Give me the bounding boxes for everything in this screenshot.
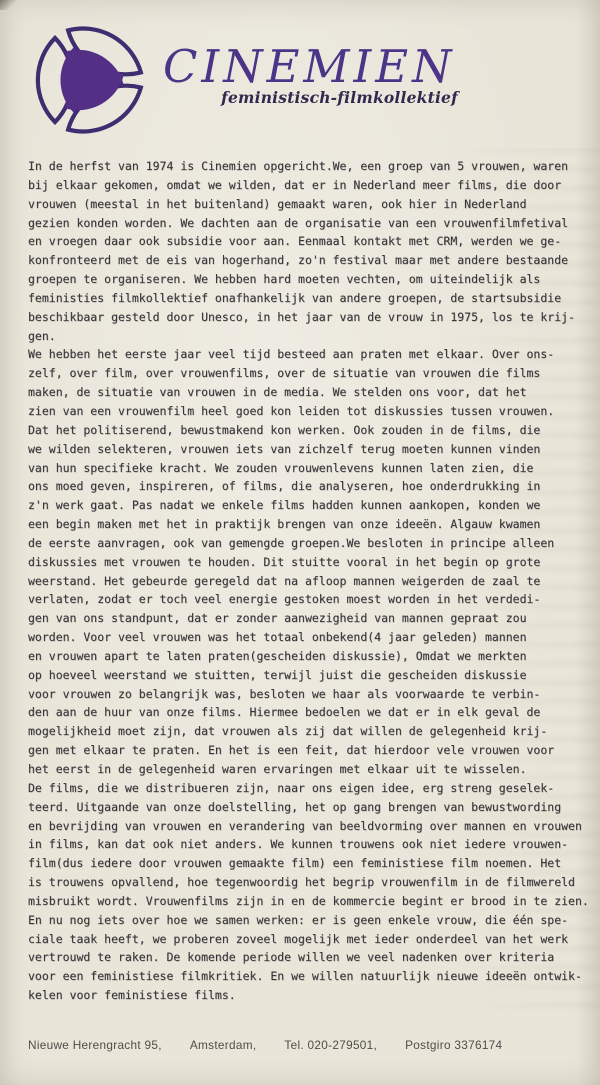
footer-item: Amsterdam, [190, 1038, 257, 1052]
text-line: het eerst in de gelegenheid waren ervari… [28, 760, 590, 779]
text-line: de eerste aanvragen, ook van gemengde gr… [28, 534, 590, 553]
text-line: op hoeveel weerstand we stuitten, terwij… [28, 666, 590, 685]
text-line: bij elkaar gekomen, omdat we wilden, dat… [28, 176, 590, 195]
letterhead-footer: Nieuwe Herengracht 95,Amsterdam,Tel. 020… [28, 1038, 588, 1052]
text-line: en bevrijding van vrouwen en verandering… [28, 817, 590, 836]
cinemien-logo-icon [24, 16, 152, 144]
text-line: een begin maken met het in praktijk bren… [28, 515, 590, 534]
text-line: konfronteerd met de eis van hogerhand, z… [28, 251, 590, 270]
text-line: voor een feministiese filmkritiek. En we… [28, 967, 590, 986]
text-line: diskussies met vrouwen te houden. Dit st… [28, 553, 590, 572]
letter-body: In de herfst van 1974 is Cinemien opgeri… [28, 157, 590, 1005]
text-line: En nu nog iets over hoe we samen werken:… [28, 911, 590, 930]
scanned-letter-page: CINEMIEN feministisch-filmkollektief In … [0, 0, 600, 1085]
text-line: we wilden selekteren, vrouwen iets van z… [28, 440, 590, 459]
text-line: mogelijkheid moet zijn, dat vrouwen als … [28, 722, 590, 741]
text-line: weerstand. Het gebeurde geregeld dat na … [28, 572, 590, 591]
text-line: voor vrouwen zo belangrijk was, besloten… [28, 685, 590, 704]
text-line: vertrouwd te raken. De komende periode w… [28, 948, 590, 967]
text-line: De films, die we distribueren zijn, naar… [28, 779, 590, 798]
text-line: In de herfst van 1974 is Cinemien opgeri… [28, 157, 590, 176]
text-line: in films, kan dat ook niet anders. We ku… [28, 835, 590, 854]
text-line: maken, de situatie van vrouwen in de med… [28, 383, 590, 402]
text-line: gen van ons standpunt, dat er zonder aan… [28, 609, 590, 628]
text-line: van hun specifieke kracht. We zouden vro… [28, 459, 590, 478]
brand-subtitle: feministisch-filmkollektief [0, 88, 458, 107]
text-line: zelf, over film, over vrouwenfilms, over… [28, 364, 590, 383]
text-line: worden. Voor veel vrouwen was het totaal… [28, 628, 590, 647]
text-line: teerd. Uitgaande van onze doelstelling, … [28, 798, 590, 817]
text-line: is trouwens opvallend, hoe tegenwoordig … [28, 873, 590, 892]
text-line: We hebben het eerste jaar veel tijd best… [28, 345, 590, 364]
text-line: den aan de huur van onze films. Hiermee … [28, 703, 590, 722]
page-corner-shadow [0, 0, 16, 10]
text-line: kelen voor feministiese films. [28, 986, 590, 1005]
text-line: beschikbaar gesteld door Unesco, in het … [28, 308, 590, 327]
text-line: verlaten, zodat er toch veel energie ges… [28, 590, 590, 609]
text-line: en vroegen daar ook subsidie voor aan. E… [28, 232, 590, 251]
text-line: ciale taak heeft, we proberen zoveel mog… [28, 930, 590, 949]
text-line: en vrouwen apart te laten praten(geschei… [28, 647, 590, 666]
footer-item: Postgiro 3376174 [405, 1038, 502, 1052]
text-line: zien van een vrouwenfilm heel goed kon l… [28, 402, 590, 421]
text-line: Dat het politiserend, bewustmakend kon w… [28, 421, 590, 440]
text-line: gezien konden worden. We dachten aan de … [28, 214, 590, 233]
text-line: z'n werk gaat. Pas nadat we enkele films… [28, 496, 590, 515]
footer-item: Nieuwe Herengracht 95, [28, 1038, 162, 1052]
text-line: ons moed geven, inspireren, of films, di… [28, 477, 590, 496]
text-line: vrouwen (meestal in het buitenland) gema… [28, 195, 590, 214]
text-line: feministies filmkollektief onafhankelijk… [28, 289, 590, 308]
brand-title: CINEMIEN [163, 40, 473, 93]
text-line: misbruikt wordt. Vrouwenfilms zijn in en… [28, 892, 590, 911]
text-line: gen. [28, 327, 590, 346]
footer-item: Tel. 020-279501, [284, 1038, 377, 1052]
text-line: groepen te organiseren. We hebben hard m… [28, 270, 590, 289]
text-line: gen met elkaar te praten. En het is een … [28, 741, 590, 760]
text-line: film(dus iedere door vrouwen gemaakte fi… [28, 854, 590, 873]
